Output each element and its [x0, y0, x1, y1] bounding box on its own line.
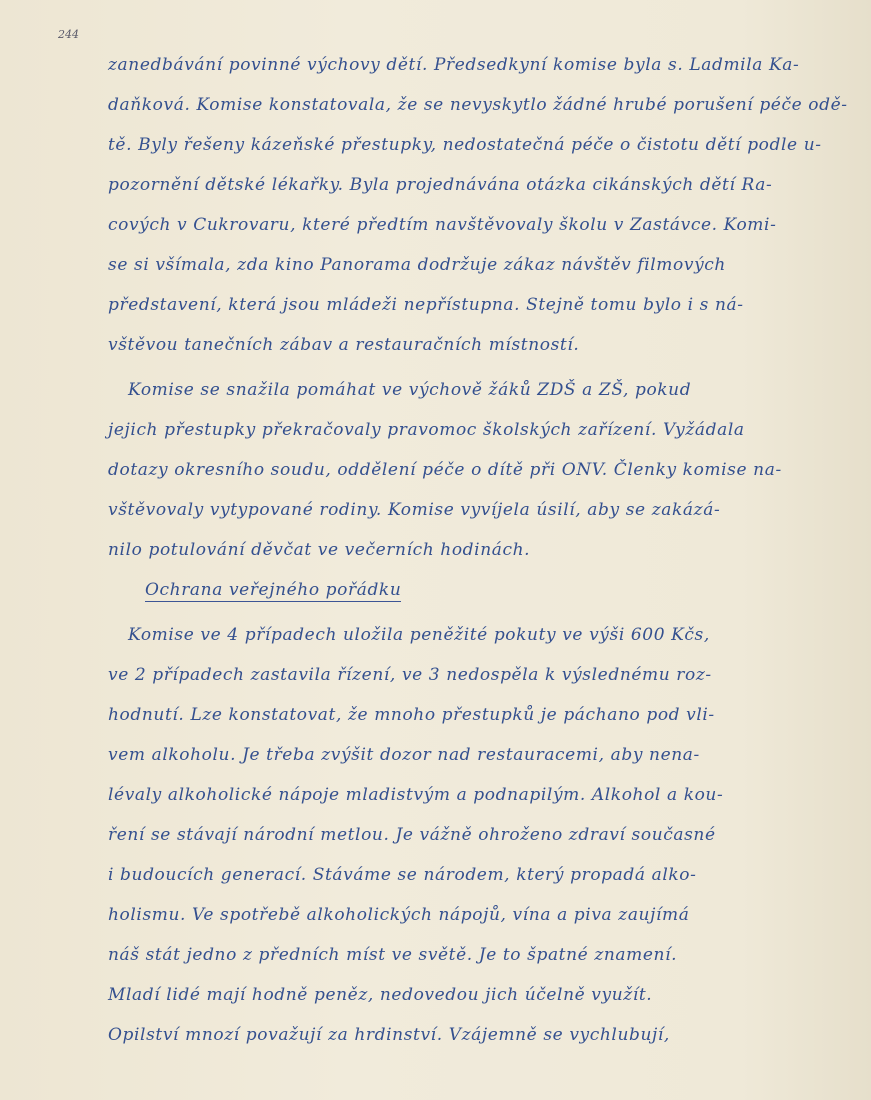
text-line: představení, která jsou mládeži nepřístu… [108, 295, 744, 315]
text-line: zanedbávání povinné výchovy dětí. Předse… [108, 55, 799, 75]
text-line: hodnutí. Lze konstatovat, že mnoho přest… [108, 705, 715, 725]
page-number: 244 [58, 28, 79, 41]
text-line: ření se stávají národní metlou. Je vážně… [108, 825, 716, 845]
section-heading: Ochrana veřejného pořádku [145, 580, 401, 602]
text-line: Opilství mnozí považují za hrdinství. Vz… [108, 1025, 670, 1045]
paragraph-start-line: Komise se snažila pomáhat ve výchově žák… [128, 380, 691, 400]
text-line: lévaly alkoholické nápoje mladistvým a p… [108, 785, 723, 805]
text-line: vem alkoholu. Je třeba zvýšit dozor nad … [108, 745, 700, 765]
text-line: náš stát jedno z předních míst ve světě.… [108, 945, 677, 965]
text-line: daňková. Komise konstatovala, že se nevy… [108, 95, 848, 115]
text-line: vštěvovaly vytypované rodiny. Komise vyv… [108, 500, 720, 520]
text-line: pozornění dětské lékařky. Byla projednáv… [108, 175, 772, 195]
paragraph-start-line: Komise ve 4 případech uložila peněžité p… [128, 625, 710, 645]
text-line: jejich přestupky překračovaly pravomoc š… [108, 420, 745, 440]
text-line: vštěvou tanečních zábav a restauračních … [108, 335, 579, 355]
text-line: tě. Byly řešeny kázeňské přestupky, nedo… [108, 135, 822, 155]
text-line: i budoucích generací. Stáváme se národem… [108, 865, 696, 885]
handwritten-page: 244 zanedbávání povinné výchovy dětí. Př… [0, 0, 871, 1100]
text-line: ve 2 případech zastavila řízení, ve 3 ne… [108, 665, 712, 685]
text-line: nilo potulování děvčat ve večerních hodi… [108, 540, 530, 560]
text-line: cových v Cukrovaru, které předtím navště… [108, 215, 776, 235]
text-line: se si všímala, zda kino Panorama dodržuj… [108, 255, 726, 275]
text-line: Mladí lidé mají hodně peněz, nedovedou j… [108, 985, 652, 1005]
text-line: holismu. Ve spotřebě alkoholických nápoj… [108, 905, 689, 925]
text-line: dotazy okresního soudu, oddělení péče o … [108, 460, 782, 480]
